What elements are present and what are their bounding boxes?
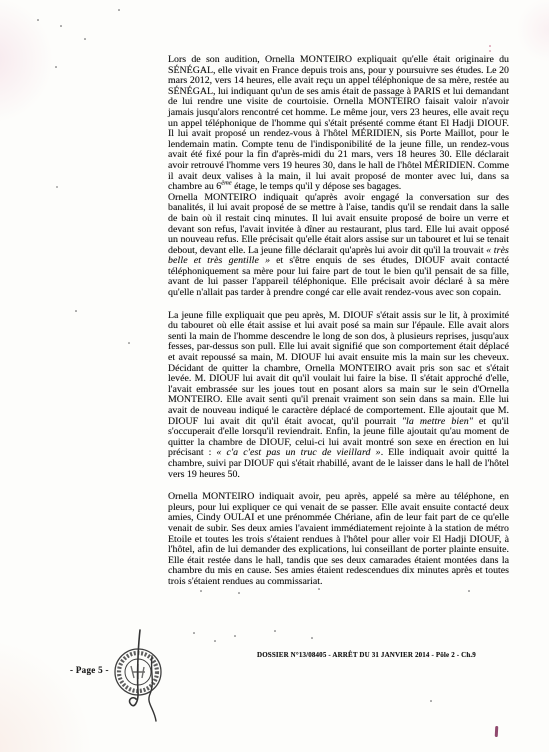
scan-speck: [200, 590, 202, 592]
scan-speck: [37, 19, 39, 21]
paragraph: Ornella MONTEIRO indiquait avoir, peu ap…: [168, 492, 509, 587]
scan-speck: [128, 342, 130, 344]
scan-speck: [318, 588, 320, 590]
scan-speck: [238, 592, 240, 594]
scan-speck: [214, 640, 216, 642]
scan-speck: [84, 38, 86, 40]
scan-speck: [193, 632, 195, 634]
ink-mark: [495, 726, 499, 737]
scan-speck: [60, 25, 62, 27]
scan-speck: [274, 630, 276, 632]
scan-speck: [55, 66, 57, 68]
scan-speck: [118, 9, 120, 11]
case-reference-footer: DOSSIER N°13/08405 - ARRÊT DU 31 JANVIER…: [257, 651, 476, 659]
court-seal-stamp: [108, 628, 178, 723]
scanned-document-page: Lors de son audition, Ornella MONTEIRO e…: [0, 0, 549, 752]
scan-speck: [234, 635, 236, 637]
scan-speck: [311, 637, 313, 639]
page-number-label: - Page 5 -: [70, 665, 109, 675]
scan-speck: [489, 50, 491, 52]
scan-speck: [75, 310, 77, 312]
body-text: Lors de son audition, Ornella MONTEIRO e…: [168, 55, 509, 600]
scan-speck: [430, 700, 432, 702]
paragraph: Lors de son audition, Ornella MONTEIRO e…: [168, 55, 509, 299]
scan-speck: [468, 590, 470, 592]
scan-speck: [489, 45, 491, 47]
scan-speck: [56, 186, 58, 188]
paragraph: La jeune fille expliquait que peu après,…: [168, 311, 509, 481]
